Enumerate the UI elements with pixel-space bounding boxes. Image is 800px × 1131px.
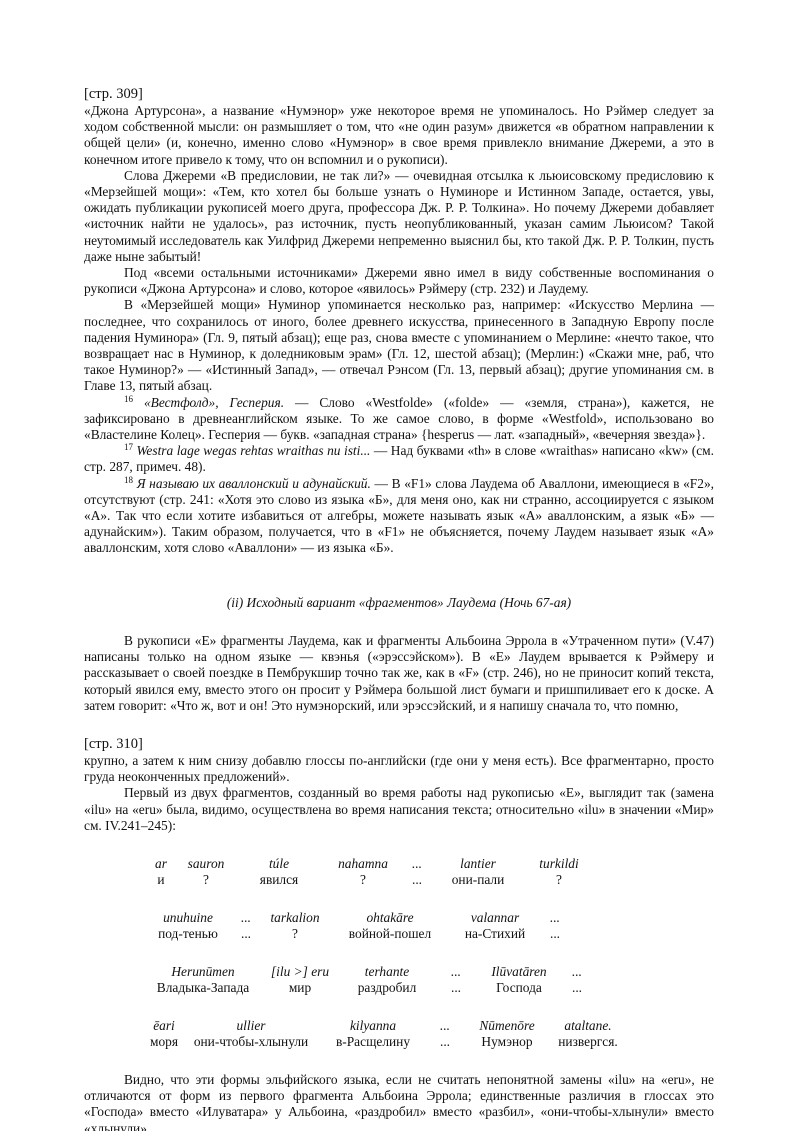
elvish-word: ohtakāre bbox=[330, 910, 450, 926]
document-page: [стр. 309] «Джона Артурсона», а название… bbox=[84, 86, 714, 1131]
paragraph: Под «всеми остальными источниками» Джере… bbox=[84, 265, 714, 297]
footnote-number: 18 bbox=[124, 475, 133, 485]
elvish-word: unuhuine bbox=[144, 910, 232, 926]
gloss-word: на-Стихий bbox=[450, 926, 540, 942]
gloss-word: ... bbox=[402, 872, 432, 888]
footnote-number: 16 bbox=[124, 394, 133, 404]
gloss-word: Господа bbox=[476, 980, 562, 996]
gloss-line: под-тенью...?войной-пошелна-Стихий... bbox=[144, 926, 714, 942]
paragraph: Видно, что эти формы эльфийского языка, … bbox=[84, 1072, 714, 1131]
gloss-word: в-Расщелину bbox=[318, 1034, 428, 1050]
gloss-word: ... bbox=[540, 926, 570, 942]
interlinear-gloss: arsaurontúlenahamna...lantierturkildiи?я… bbox=[144, 856, 714, 1050]
elvish-word: ... bbox=[540, 910, 570, 926]
paragraph: «Джона Артурсона», а название «Нумэнор» … bbox=[84, 103, 714, 168]
footnote-number: 17 bbox=[124, 442, 133, 452]
elvish-line: arsaurontúlenahamna...lantierturkildi bbox=[144, 856, 714, 872]
elvish-word: ar bbox=[144, 856, 178, 872]
elvish-word: ... bbox=[428, 1018, 462, 1034]
gloss-word: ? bbox=[260, 926, 330, 942]
gloss-word: мир bbox=[262, 980, 338, 996]
elvish-word: tarkalion bbox=[260, 910, 330, 926]
gloss-word: раздробил bbox=[338, 980, 436, 996]
footnote: 16 «Вестфолд», Гесперия. — Слово «Westfo… bbox=[84, 395, 714, 444]
gloss-word: Нумэнор bbox=[462, 1034, 552, 1050]
elvish-word: kilyanna bbox=[318, 1018, 428, 1034]
elvish-line: ēariullierkilyanna...Nūmenōreataltane. bbox=[144, 1018, 714, 1034]
elvish-word: valannar bbox=[450, 910, 540, 926]
gloss-block: unuhuine...tarkalionohtakārevalannar...п… bbox=[144, 910, 714, 942]
gloss-word: ... bbox=[436, 980, 476, 996]
elvish-word: ... bbox=[402, 856, 432, 872]
gloss-line: Владыка-Западамирраздробил...Господа... bbox=[144, 980, 714, 996]
gloss-word: они-чтобы-хлынули bbox=[184, 1034, 318, 1050]
elvish-word: ... bbox=[436, 964, 476, 980]
gloss-word: и bbox=[144, 872, 178, 888]
elvish-word: ataltane. bbox=[552, 1018, 624, 1034]
elvish-word: Herunūmen bbox=[144, 964, 262, 980]
footnote: 17 Westra lage wegas rehtas wraithas nu … bbox=[84, 443, 714, 475]
gloss-word: ... bbox=[428, 1034, 462, 1050]
elvish-word: lantier bbox=[432, 856, 524, 872]
gloss-word: ? bbox=[324, 872, 402, 888]
gloss-word: войной-пошел bbox=[330, 926, 450, 942]
footnote: 18 Я называю их аваллонский и адунайский… bbox=[84, 476, 714, 557]
gloss-block: ēariullierkilyanna...Nūmenōreataltane.мо… bbox=[144, 1018, 714, 1050]
section-heading: (ii) Исходный вариант «фрагментов» Лауде… bbox=[84, 595, 714, 611]
elvish-word: ullier bbox=[184, 1018, 318, 1034]
paragraph: В «Мерзейшей мощи» Нуминор упоминается н… bbox=[84, 297, 714, 394]
footnote-lemma: Я называю их аваллонский и адунайский. bbox=[137, 476, 371, 491]
gloss-word: ? bbox=[524, 872, 594, 888]
elvish-word: Nūmenōre bbox=[462, 1018, 552, 1034]
gloss-line: моряони-чтобы-хлынулив-Расщелину...Нумэн… bbox=[144, 1034, 714, 1050]
elvish-word: [ilu >] eru bbox=[262, 964, 338, 980]
elvish-word: ... bbox=[232, 910, 260, 926]
paragraph: Слова Джереми «В предисловии, не так ли?… bbox=[84, 168, 714, 265]
elvish-word: Ilūvatāren bbox=[476, 964, 562, 980]
gloss-line: и?явился?...они-пали? bbox=[144, 872, 714, 888]
elvish-line: Herunūmen[ilu >] eruterhante...Ilūvatāre… bbox=[144, 964, 714, 980]
gloss-word: явился bbox=[234, 872, 324, 888]
elvish-word: terhante bbox=[338, 964, 436, 980]
elvish-word: ēari bbox=[144, 1018, 184, 1034]
elvish-line: unuhuine...tarkalionohtakārevalannar... bbox=[144, 910, 714, 926]
gloss-word: под-тенью bbox=[144, 926, 232, 942]
elvish-word: sauron bbox=[178, 856, 234, 872]
gloss-word: Владыка-Запада bbox=[144, 980, 262, 996]
gloss-word: они-пали bbox=[432, 872, 524, 888]
page-reference: [стр. 310] bbox=[84, 736, 714, 753]
elvish-word: ... bbox=[562, 964, 592, 980]
footnote-lemma: «Вестфолд», Гесперия. bbox=[144, 395, 284, 410]
gloss-word: ... bbox=[562, 980, 592, 996]
elvish-word: turkildi bbox=[524, 856, 594, 872]
paragraph: крупно, а затем к ним снизу добавлю глос… bbox=[84, 753, 714, 785]
page-reference: [стр. 309] bbox=[84, 86, 714, 103]
gloss-word: низвергся. bbox=[552, 1034, 624, 1050]
gloss-word: ... bbox=[232, 926, 260, 942]
gloss-block: Herunūmen[ilu >] eruterhante...Ilūvatāre… bbox=[144, 964, 714, 996]
paragraph: В рукописи «E» фрагменты Лаудема, как и … bbox=[84, 633, 714, 714]
footnote-lemma: Westra lage wegas rehtas wraithas nu ist… bbox=[137, 443, 371, 458]
elvish-word: nahamna bbox=[324, 856, 402, 872]
elvish-word: túle bbox=[234, 856, 324, 872]
paragraph: Первый из двух фрагментов, созданный во … bbox=[84, 785, 714, 834]
gloss-word: моря bbox=[144, 1034, 184, 1050]
gloss-word: ? bbox=[178, 872, 234, 888]
gloss-block: arsaurontúlenahamna...lantierturkildiи?я… bbox=[144, 856, 714, 888]
